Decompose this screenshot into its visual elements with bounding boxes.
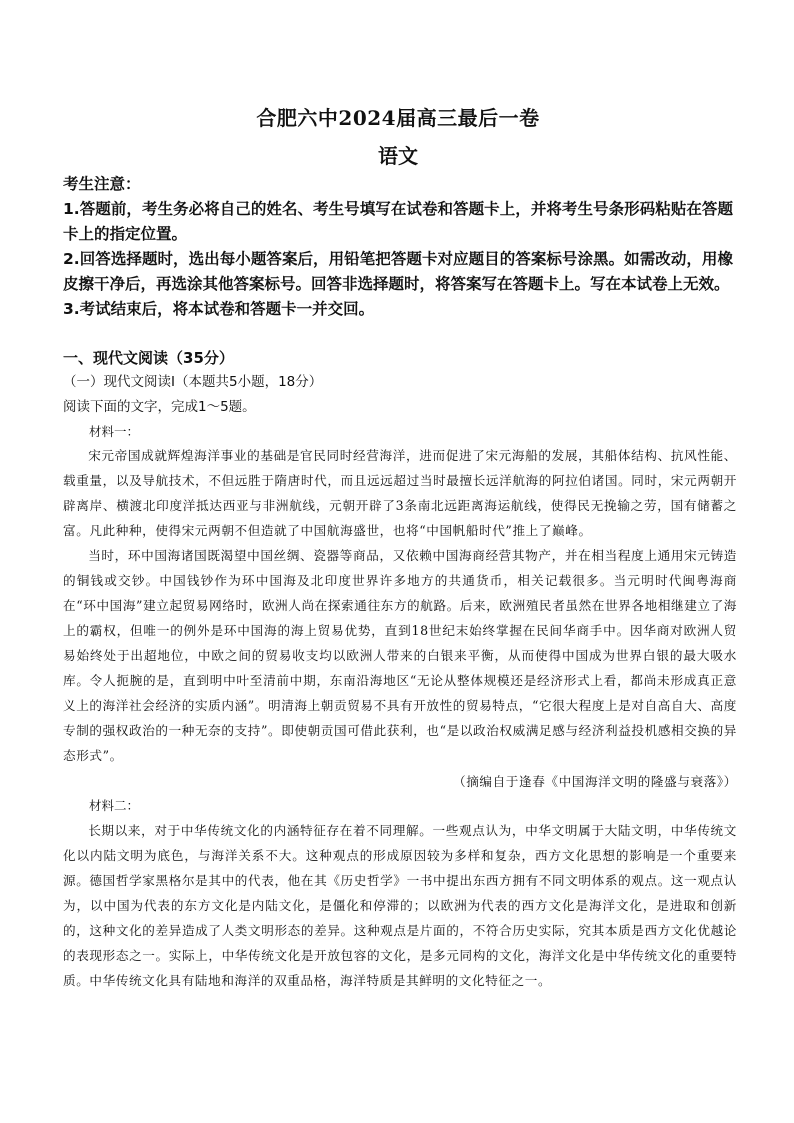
notice-item: 2.回答选择题时，选出每小题答案后，用铅笔把答题卡对应题目的答案标号涂黑。如需改… (63, 247, 733, 297)
notice-list: 1.答题前，考生务必将自己的姓名、考生号填写在试卷和答题卡上，并将考生号条形码粘… (63, 197, 733, 322)
subsection-title: （一）现代文阅读Ⅰ（本题共5小题，18分） (63, 371, 733, 393)
reading-instruction: 阅读下面的文字，完成1～5题。 (63, 396, 733, 418)
material-two-body: 长期以来，对于中华传统文化的内涵特征存在着不同理解。一些观点认为，中华文明属于大… (63, 818, 737, 993)
notice-heading: 考生注意： (63, 172, 733, 197)
material-one-body: 宋元帝国成就辉煌海洋事业的基础是官民同时经营海洋，进而促进了宋元海船的发展，其船… (63, 443, 737, 768)
paragraph: 当时，环中国海诸国既渴望中国丝绸、瓷器等商品，又依赖中国海商经营其物产，并在相当… (63, 543, 737, 768)
material-two-label: 材料二： (89, 796, 139, 816)
paragraph: 宋元帝国成就辉煌海洋事业的基础是官民同时经营海洋，进而促进了宋元海船的发展，其船… (63, 443, 737, 543)
exam-subject: 语文 (63, 140, 733, 169)
paragraph: 长期以来，对于中华传统文化的内涵特征存在着不同理解。一些观点认为，中华文明属于大… (63, 818, 737, 993)
notice-item: 3.考试结束后，将本试卷和答题卡一并交回。 (63, 297, 733, 322)
material-one-source: （摘编自于逢春《中国海洋文明的隆盛与衰落》） (453, 769, 737, 794)
material-one-label: 材料一： (89, 422, 139, 442)
exam-title: 合肥六中2024届高三最后一卷 (63, 102, 733, 131)
notice-item: 1.答题前，考生务必将自己的姓名、考生号填写在试卷和答题卡上，并将考生号条形码粘… (63, 197, 733, 247)
section-title: 一、现代文阅读（35分） (63, 347, 733, 369)
